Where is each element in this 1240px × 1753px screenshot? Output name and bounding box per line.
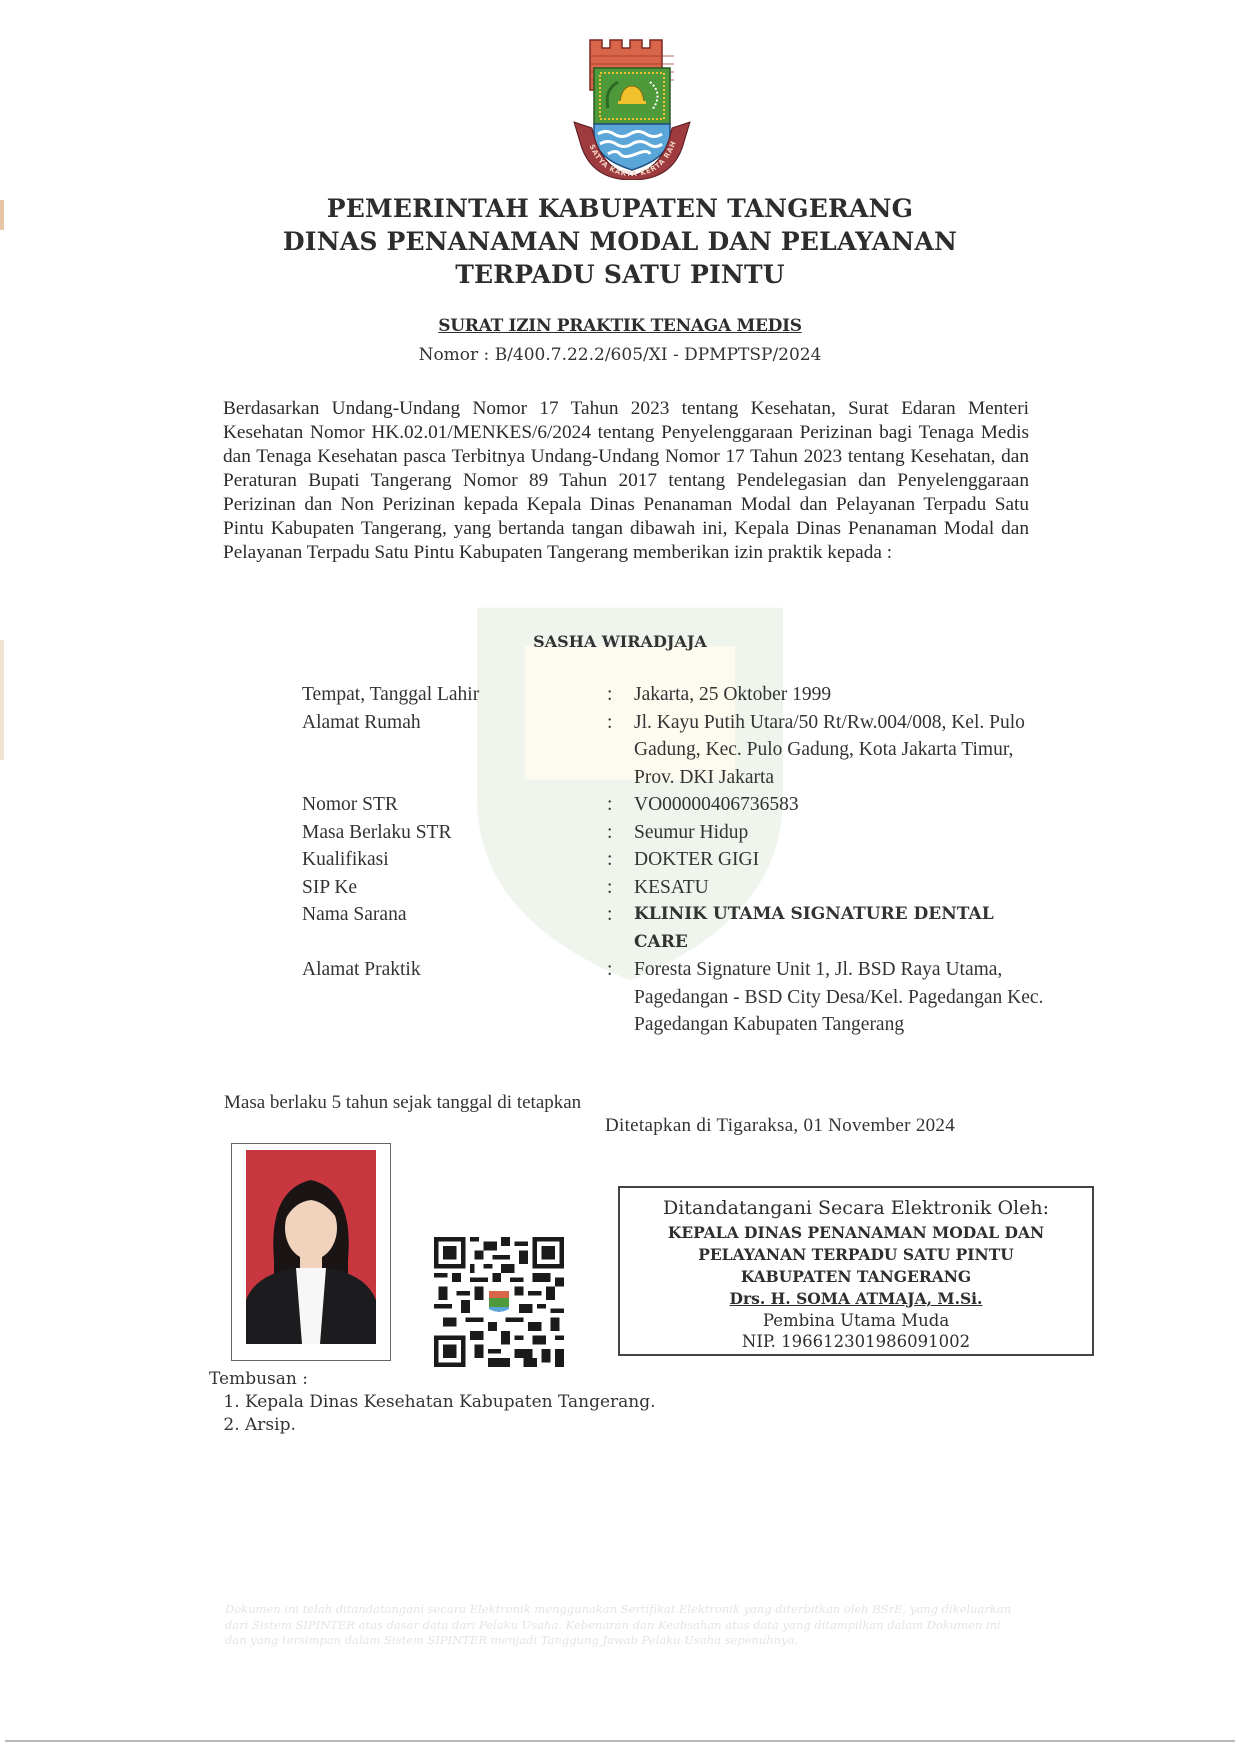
qr-center-emblem-icon [486, 1289, 513, 1316]
preamble-paragraph: Berdasarkan Undang-Undang Nomor 17 Tahun… [223, 397, 1029, 565]
signer-position-line-2: PELAYANAN TERPADU SATU PINTU [620, 1244, 1092, 1266]
detail-label: Masa Berlaku STR [302, 819, 607, 847]
header-line-3: TERPADU SATU PINTU [0, 260, 1240, 289]
scan-edge-artifact [0, 640, 4, 760]
detail-separator: : [607, 791, 634, 819]
tembusan-item: Kepala Dinas Kesehatan Kabupaten Tangera… [245, 1391, 656, 1414]
applicant-photo [246, 1150, 376, 1344]
tembusan-section: Tembusan : Kepala Dinas Kesehatan Kabupa… [209, 1368, 656, 1437]
signer-nip: NIP. 196612301986091002 [620, 1331, 1092, 1352]
document-title: SURAT IZIN PRAKTIK TENAGA MEDIS [0, 316, 1240, 336]
detail-separator: : [607, 681, 634, 709]
recipient-name: SASHA WIRADJAJA [0, 632, 1240, 651]
detail-row-home-address: Alamat Rumah : Jl. Kayu Putih Utara/50 R… [302, 709, 1062, 792]
detail-separator: : [607, 956, 634, 1039]
electronic-signature-disclaimer: Dokumen ini telah ditandatangani secara … [225, 1602, 1025, 1649]
validity-note: Masa berlaku 5 tahun sejak tanggal di te… [224, 1092, 581, 1114]
detail-value: DOKTER GIGI [634, 846, 1062, 874]
detail-label: Alamat Rumah [302, 709, 607, 792]
detail-label: Kualifikasi [302, 846, 607, 874]
tembusan-heading: Tembusan : [209, 1368, 656, 1391]
page-bottom-rule [5, 1740, 1235, 1742]
detail-separator: : [607, 846, 634, 874]
detail-label: Nomor STR [302, 791, 607, 819]
details-table: Tempat, Tanggal Lahir : Jakarta, 25 Okto… [302, 681, 1062, 1039]
detail-separator: : [607, 709, 634, 792]
detail-label: Alamat Praktik [302, 956, 607, 1039]
detail-row-facility-name: Nama Sarana : KLINIK UTAMA SIGNATURE DEN… [302, 901, 1062, 956]
detail-value: Jl. Kayu Putih Utara/50 Rt/Rw.004/008, K… [634, 709, 1054, 792]
detail-label: Tempat, Tanggal Lahir [302, 681, 607, 709]
detail-value: Seumur Hidup [634, 819, 1062, 847]
detail-row-practice-address: Alamat Praktik : Foresta Signature Unit … [302, 956, 1062, 1039]
header-line-2: DINAS PENANAMAN MODAL DAN PELAYANAN [0, 227, 1240, 256]
signer-name: Drs. H. SOMA ATMAJA, M.Si. [620, 1288, 1092, 1310]
person-portrait-icon [246, 1150, 376, 1344]
detail-row-sip: SIP Ke : KESATU [302, 874, 1062, 902]
issued-place-date: Ditetapkan di Tigaraksa, 01 November 202… [605, 1115, 955, 1137]
detail-row-birth: Tempat, Tanggal Lahir : Jakarta, 25 Okto… [302, 681, 1062, 709]
detail-row-qualification: Kualifikasi : DOKTER GIGI [302, 846, 1062, 874]
detail-separator: : [607, 901, 634, 956]
signer-position-line-3: KABUPATEN TANGERANG [620, 1266, 1092, 1288]
header-line-1: PEMERINTAH KABUPATEN TANGERANG [0, 194, 1240, 223]
detail-value: Jakarta, 25 Oktober 1999 [634, 681, 1062, 709]
signature-intro: Ditandatangani Secara Elektronik Oleh: [620, 1197, 1092, 1219]
document-number: Nomor : B/400.7.22.2/605/XI - DPMPTSP/20… [0, 345, 1240, 365]
detail-value: KLINIK UTAMA SIGNATURE DENTAL CARE [634, 901, 1034, 956]
detail-label: Nama Sarana [302, 901, 607, 956]
detail-label: SIP Ke [302, 874, 607, 902]
detail-separator: : [607, 874, 634, 902]
kabupaten-tangerang-emblem-icon: SATYA KARYA KERTA RAHARJA [570, 30, 694, 180]
electronic-signature-box: Ditandatangani Secara Elektronik Oleh: K… [618, 1186, 1094, 1356]
detail-row-str-number: Nomor STR : VO00000406736583 [302, 791, 1062, 819]
detail-value: VO00000406736583 [634, 791, 1062, 819]
signer-rank: Pembina Utama Muda [620, 1310, 1092, 1331]
detail-row-str-validity: Masa Berlaku STR : Seumur Hidup [302, 819, 1062, 847]
tembusan-item: Arsip. [245, 1414, 656, 1437]
detail-value: Foresta Signature Unit 1, Jl. BSD Raya U… [634, 956, 1044, 1039]
qr-code[interactable] [434, 1237, 564, 1367]
detail-value: KESATU [634, 874, 1062, 902]
signer-position-line-1: KEPALA DINAS PENANAMAN MODAL DAN [620, 1222, 1092, 1244]
detail-separator: : [607, 819, 634, 847]
